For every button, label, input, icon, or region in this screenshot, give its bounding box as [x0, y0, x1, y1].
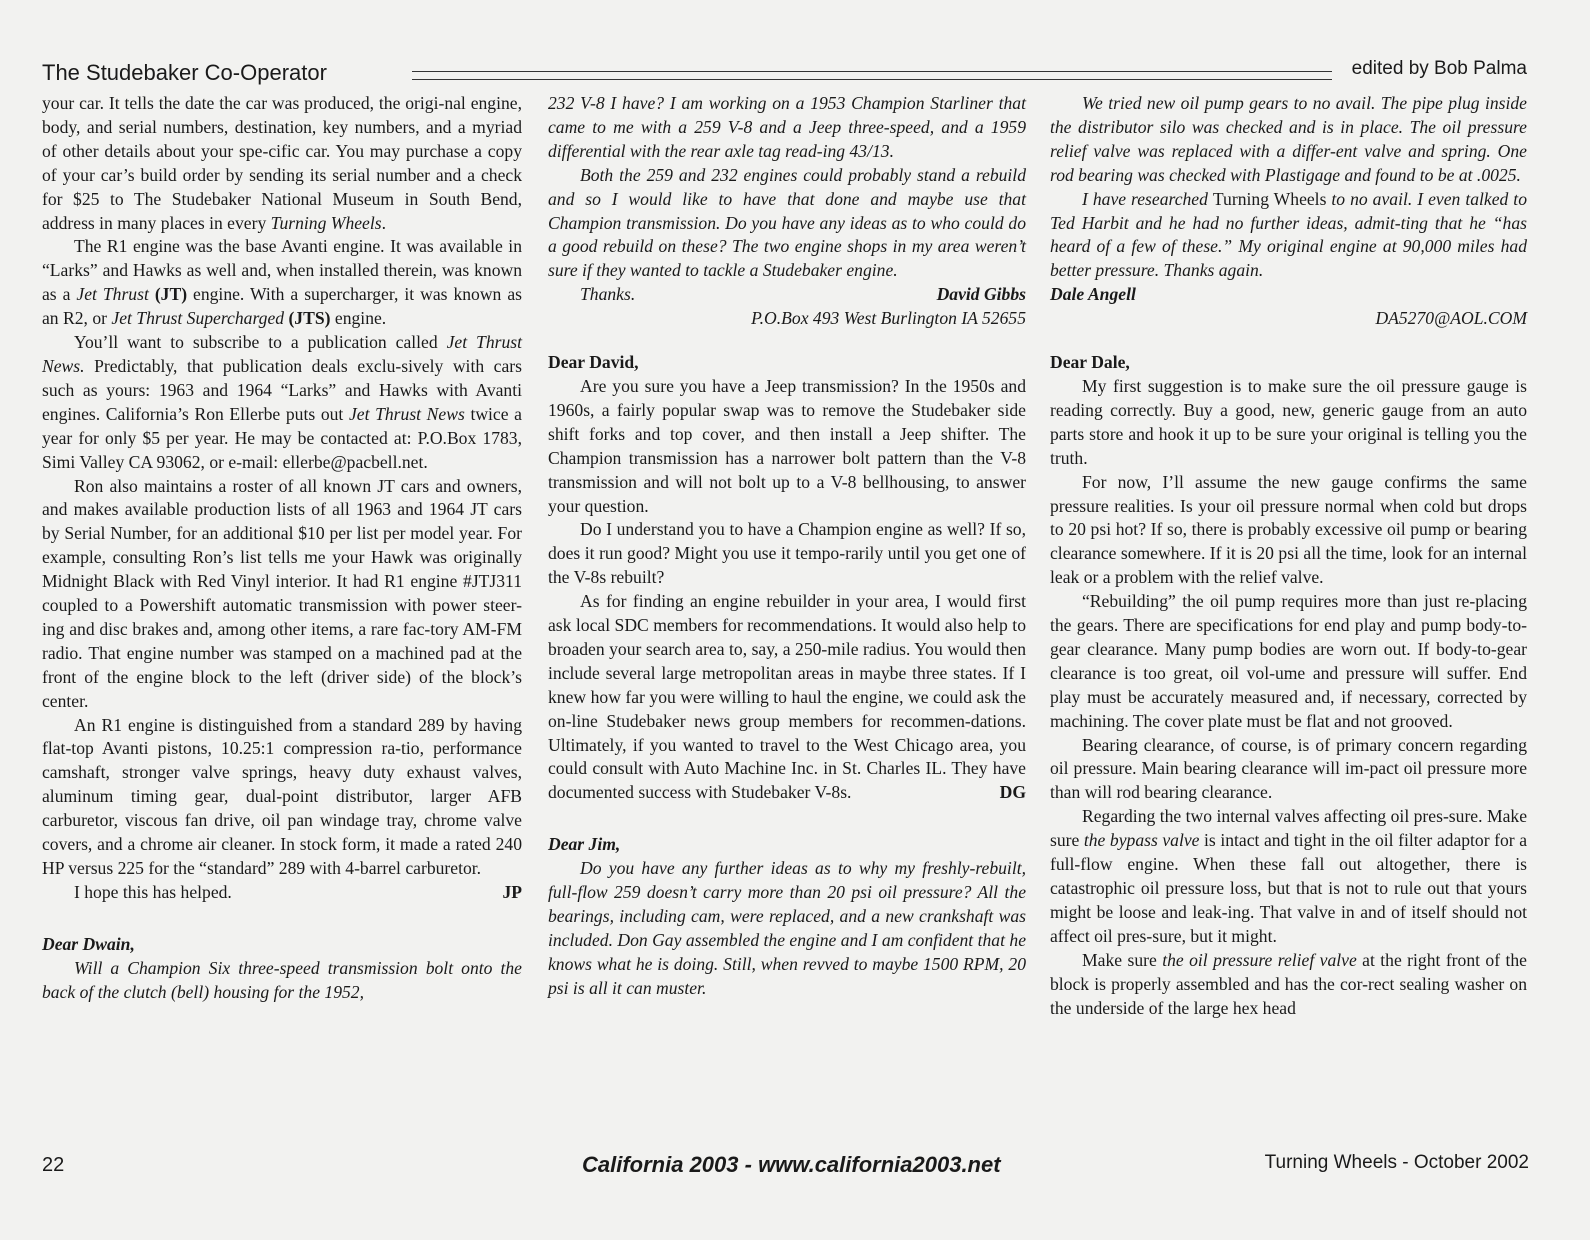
issue-label: Turning Wheels - October 2002 — [1265, 1152, 1529, 1174]
header-double-rule — [412, 71, 1332, 80]
paragraph: Do I understand you to have a Champion e… — [548, 518, 1026, 590]
letter-paragraph: I have researched Turning Wheels to no a… — [1050, 188, 1527, 284]
promo-banner: California 2003 - www.california2003.net — [582, 1152, 1001, 1178]
column-3: We tried new oil pump gears to no avail.… — [1050, 92, 1527, 1020]
paragraph: As for finding an engine rebuilder in yo… — [548, 590, 1026, 805]
paragraph: Bearing clearance, of course, is of prim… — [1050, 734, 1527, 806]
publication-section-title: The Studebaker Co-Operator — [42, 60, 327, 86]
author-initials: JP — [502, 881, 522, 905]
column-2: 232 V-8 I have? I am working on a 1953 C… — [548, 92, 1026, 1001]
salutation: Dear Dwain, — [42, 933, 522, 957]
paragraph: Make sure the oil pressure relief valve … — [1050, 949, 1527, 1021]
paragraph: Are you sure you have a Jeep transmissio… — [548, 375, 1026, 518]
paragraph: For now, I’ll assume the new gauge confi… — [1050, 471, 1527, 591]
page-header: The Studebaker Co-Operator edited by Bob… — [42, 56, 1527, 92]
editor-credit: edited by Bob Palma — [1352, 58, 1527, 80]
page-number: 22 — [42, 1154, 64, 1177]
paragraph: My first suggestion is to make sure the … — [1050, 375, 1527, 471]
paragraph: Regarding the two internal valves affect… — [1050, 805, 1527, 948]
letter-paragraph: We tried new oil pump gears to no avail.… — [1050, 92, 1527, 188]
letter-paragraph: Do you have any further ideas as to why … — [548, 857, 1026, 1000]
signer-name: David Gibbs — [937, 283, 1026, 307]
page-footer: 22 California 2003 - www.california2003.… — [42, 1150, 1529, 1180]
paragraph: You’ll want to subscribe to a publicatio… — [42, 331, 522, 474]
letter-paragraph: 232 V-8 I have? I am working on a 1953 C… — [548, 92, 1026, 164]
column-1: your car. It tells the date the car was … — [42, 92, 522, 1005]
salutation: Dear David, — [548, 351, 1026, 375]
letter-paragraph: Will a Champion Six three-speed transmis… — [42, 957, 522, 1005]
paragraph: An R1 engine is distinguished from a sta… — [42, 714, 522, 881]
salutation: Dear Dale, — [1050, 351, 1527, 375]
paragraph: your car. It tells the date the car was … — [42, 92, 522, 235]
salutation: Dear Jim, — [548, 833, 1026, 857]
publication-name: Turning Wheels — [271, 213, 382, 233]
signer-email: DA5270@AOL.COM — [1050, 307, 1527, 331]
signer-address: P.O.Box 493 West Burlington IA 52655 — [548, 307, 1026, 331]
letter-paragraph: Both the 259 and 232 engines could proba… — [548, 164, 1026, 284]
paragraph: Ron also maintains a roster of all known… — [42, 475, 522, 714]
publication-name: Turning Wheels — [1213, 189, 1327, 209]
paragraph: The R1 engine was the base Avanti engine… — [42, 235, 522, 331]
letter-signature: Thanks.David Gibbs — [548, 283, 1026, 307]
signer-name: Dale Angell — [1050, 283, 1527, 307]
closing-line: I hope this has helped.JP — [42, 881, 522, 905]
paragraph: “Rebuilding” the oil pump requires more … — [1050, 590, 1527, 733]
